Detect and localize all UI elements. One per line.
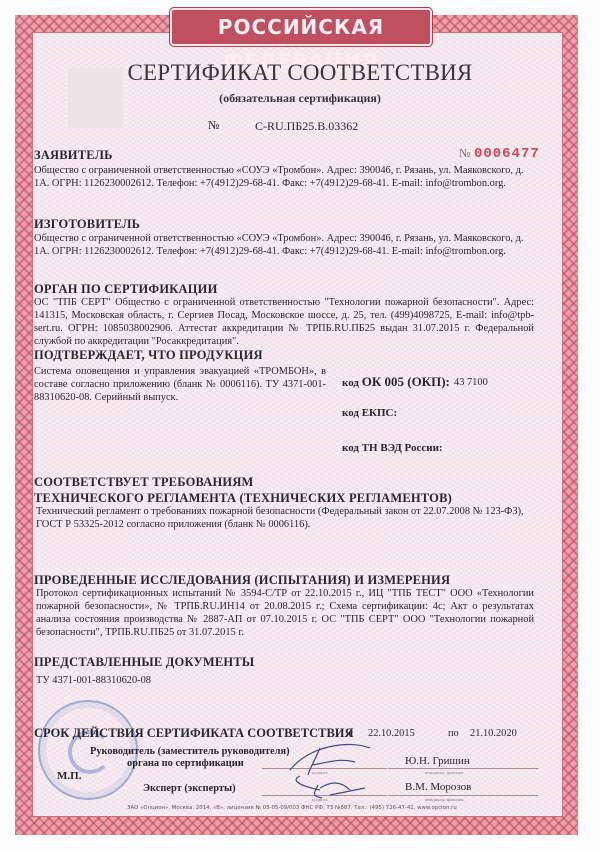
head-name-caption: инициалы, фамилия — [425, 770, 464, 775]
tests-text: Протокол сертификационных испытаний № 35… — [36, 587, 534, 639]
certificate-title: СЕРТИФИКАТ СООТВЕТСТВИЯ — [0, 60, 600, 86]
documents-heading: ПРЕДСТАВЛЕННЫЕ ДОКУМЕНТЫ — [34, 655, 254, 670]
certification-body-text: ОС "ТПБ СЕРТ" Общество с ограниченной от… — [34, 296, 534, 348]
validity-heading: СРОК ДЕЙСТВИЯ СЕРТИФИКАТА СООТВЕТСТВИЯ — [34, 726, 354, 741]
okp-label: ОК 005 (ОКП): — [362, 374, 450, 389]
product-text: Система оповещения и управления эвакуаци… — [34, 365, 326, 404]
validity-from-label: с — [348, 727, 353, 739]
validity-from-date: 22.10.2015 — [368, 728, 415, 739]
regulations-heading: ТЕХНИЧЕСКОГО РЕГЛАМЕНТА (ТЕХНИЧЕСКИХ РЕГ… — [34, 491, 452, 506]
expert-label: Эксперт (эксперты) — [143, 783, 236, 794]
head-name-line — [388, 768, 538, 769]
expert-name-line — [388, 795, 538, 796]
country-banner: РОССИЙСКАЯ ФЕДЕРАЦИЯ — [170, 8, 432, 46]
head-label: Руководитель (заместитель руководителя) — [90, 746, 290, 757]
ekps-code-label: код ЕКПС: — [342, 407, 397, 419]
requirements-text: Технический регламент о требованиях пожа… — [36, 505, 530, 531]
head-name: Ю.Н. Гришин — [405, 755, 470, 767]
okp-code-value: 43 7100 — [454, 377, 488, 388]
tests-heading: ПРОВЕДЕННЫЕ ИССЛЕДОВАНИЯ (ИСПЫТАНИЯ) И И… — [34, 573, 450, 588]
stamp-place-label: М.П. — [57, 770, 81, 782]
requirements-heading: СООТВЕТСТВУЕТ ТРЕБОВАНИЯМ — [34, 475, 254, 490]
okp-prefix: код — [342, 377, 359, 389]
applicant-heading: ЗАЯВИТЕЛЬ — [34, 148, 113, 163]
validity-to-label: по — [448, 728, 459, 739]
tnved-code-label: код ТН ВЭД России: — [342, 442, 443, 454]
expert-name-caption: инициалы, фамилия — [425, 797, 464, 802]
number-sign: № — [208, 118, 219, 133]
okp-code-label: код ОК 005 (ОКП): — [342, 374, 450, 390]
expert-name: В.М. Морозов — [405, 781, 471, 793]
validity-to-date: 21.10.2020 — [470, 728, 517, 739]
printer-footer: ЗАО «Опцион», Москва, 2014, «В», лицензи… — [127, 805, 457, 811]
manufacturer-heading: ИЗГОТОВИТЕЛЬ — [34, 217, 140, 232]
manufacturer-text: Общество с ограниченной ответственностью… — [34, 232, 528, 258]
product-heading: ПОДТВЕРЖДАЕТ, ЧТО ПРОДУКЦИЯ — [34, 348, 263, 363]
certificate-subtitle: (обязательная сертификация) — [0, 91, 600, 106]
certification-body-heading: ОРГАН ПО СЕРТИФИКАЦИИ — [34, 282, 218, 297]
head-label-body: органа по сертификации — [127, 758, 244, 769]
blank-number-value: 0006477 — [474, 146, 540, 162]
certificate-number: C-RU.ПБ25.В.03362 — [255, 119, 358, 134]
blank-number-sign: № — [459, 146, 470, 160]
head-signature — [280, 740, 380, 800]
documents-text: ТУ 4371-001-88310620-08 — [36, 674, 530, 687]
applicant-text: Общество с ограниченной ответственностью… — [34, 164, 528, 190]
blank-number: № 0006477 — [459, 146, 540, 162]
